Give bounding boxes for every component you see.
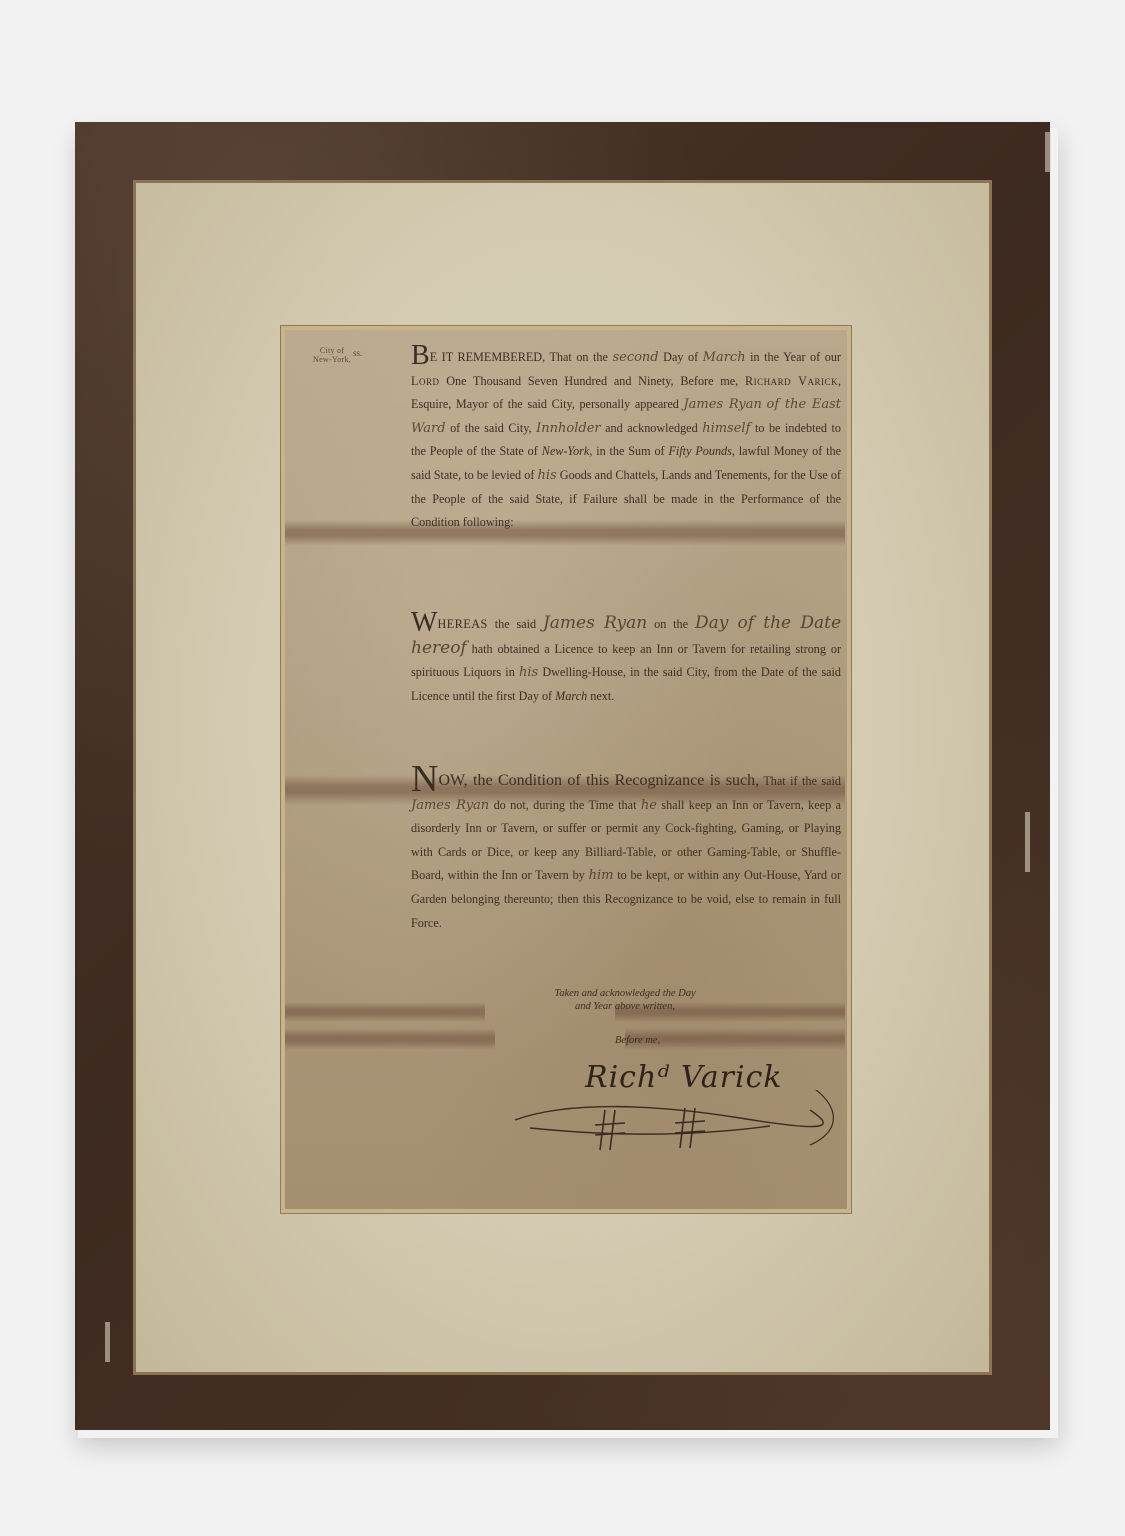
text-state: New-York xyxy=(542,444,590,458)
handwritten-month: March xyxy=(703,350,746,365)
jurisdiction-label: City of New-York, xyxy=(313,346,351,364)
text-lord: Lord xyxy=(411,374,439,388)
paragraph-now-condition: NOW, the Condition of this Recognizance … xyxy=(411,767,841,935)
attestation: Taken and acknowledged the Day and Year … xyxy=(535,987,715,1013)
drop-cap: N xyxy=(411,758,438,800)
handwritten-name: James Ryan xyxy=(543,613,647,633)
wooden-frame: City of New-York, ss. BE IT REMEMBERED, … xyxy=(75,122,1050,1430)
attestation-line: and Year above written, xyxy=(535,1000,715,1013)
text-sum: Fifty Pounds xyxy=(668,444,731,458)
paragraph-whereas: WHEREAS the said James Ryan on the Day o… xyxy=(411,612,841,708)
text-month: March xyxy=(555,689,587,703)
text: do not, during the Time that xyxy=(489,798,641,812)
handwritten-pronoun: himself xyxy=(702,421,750,436)
handwritten-name: James Ryan xyxy=(683,397,761,412)
handwritten-pronoun: his xyxy=(537,468,556,483)
paragraph-be-it-remembered: BE IT REMEMBERED, That on the second Day… xyxy=(411,346,841,535)
text: on the xyxy=(647,617,695,631)
jurisdiction-mark: ss. xyxy=(353,348,362,358)
text: , in the Sum of xyxy=(589,444,668,458)
opening-words: OW, xyxy=(438,772,467,789)
frame-inner-lip: City of New-York, ss. BE IT REMEMBERED, … xyxy=(133,180,992,1375)
handwritten-day: second xyxy=(612,350,658,365)
drop-cap: B xyxy=(411,340,430,371)
text: Day of xyxy=(659,350,703,364)
frame-wear xyxy=(1025,812,1030,872)
text: and acknowledged xyxy=(601,421,703,435)
mayor-name: Richard Varick xyxy=(745,374,838,388)
frame-wear xyxy=(105,1322,110,1362)
opening-words: HEREAS xyxy=(437,617,487,631)
text: One Thousand Seven Hundred and Ninety, B… xyxy=(439,374,745,388)
text: of the said City, xyxy=(446,421,537,435)
frame-wear xyxy=(1045,132,1051,172)
before-me-label: Before me, xyxy=(615,1035,660,1046)
recognizance-document: City of New-York, ss. BE IT REMEMBERED, … xyxy=(281,326,851,1213)
text: in the Year of our xyxy=(746,350,841,364)
handwritten-name: James Ryan xyxy=(411,798,489,813)
handwritten-pronoun: his xyxy=(519,665,538,680)
text xyxy=(762,397,767,411)
text: That if the said xyxy=(759,774,841,788)
drop-cap: W xyxy=(411,607,437,638)
text: the said xyxy=(488,617,543,631)
handwritten-pronoun: him xyxy=(589,868,614,883)
jurisdiction-line: City of xyxy=(313,346,351,355)
mat-board: City of New-York, ss. BE IT REMEMBERED, … xyxy=(136,183,989,1372)
stain-band xyxy=(285,1002,485,1022)
text: That on the xyxy=(545,350,612,364)
signature-flourish-icon xyxy=(510,1090,850,1160)
attestation-line: Taken and acknowledged the Day xyxy=(535,987,715,1000)
handwritten-pronoun: he xyxy=(641,798,657,813)
condition-heading: the Condition of this Recognizance is su… xyxy=(468,772,760,789)
stain-band xyxy=(285,1028,495,1050)
opening-words: E IT REMEMBERED, xyxy=(430,350,545,364)
text: next. xyxy=(587,689,614,703)
handwritten-occupation: Innholder xyxy=(536,421,600,436)
jurisdiction-line: New-York, xyxy=(313,355,351,364)
